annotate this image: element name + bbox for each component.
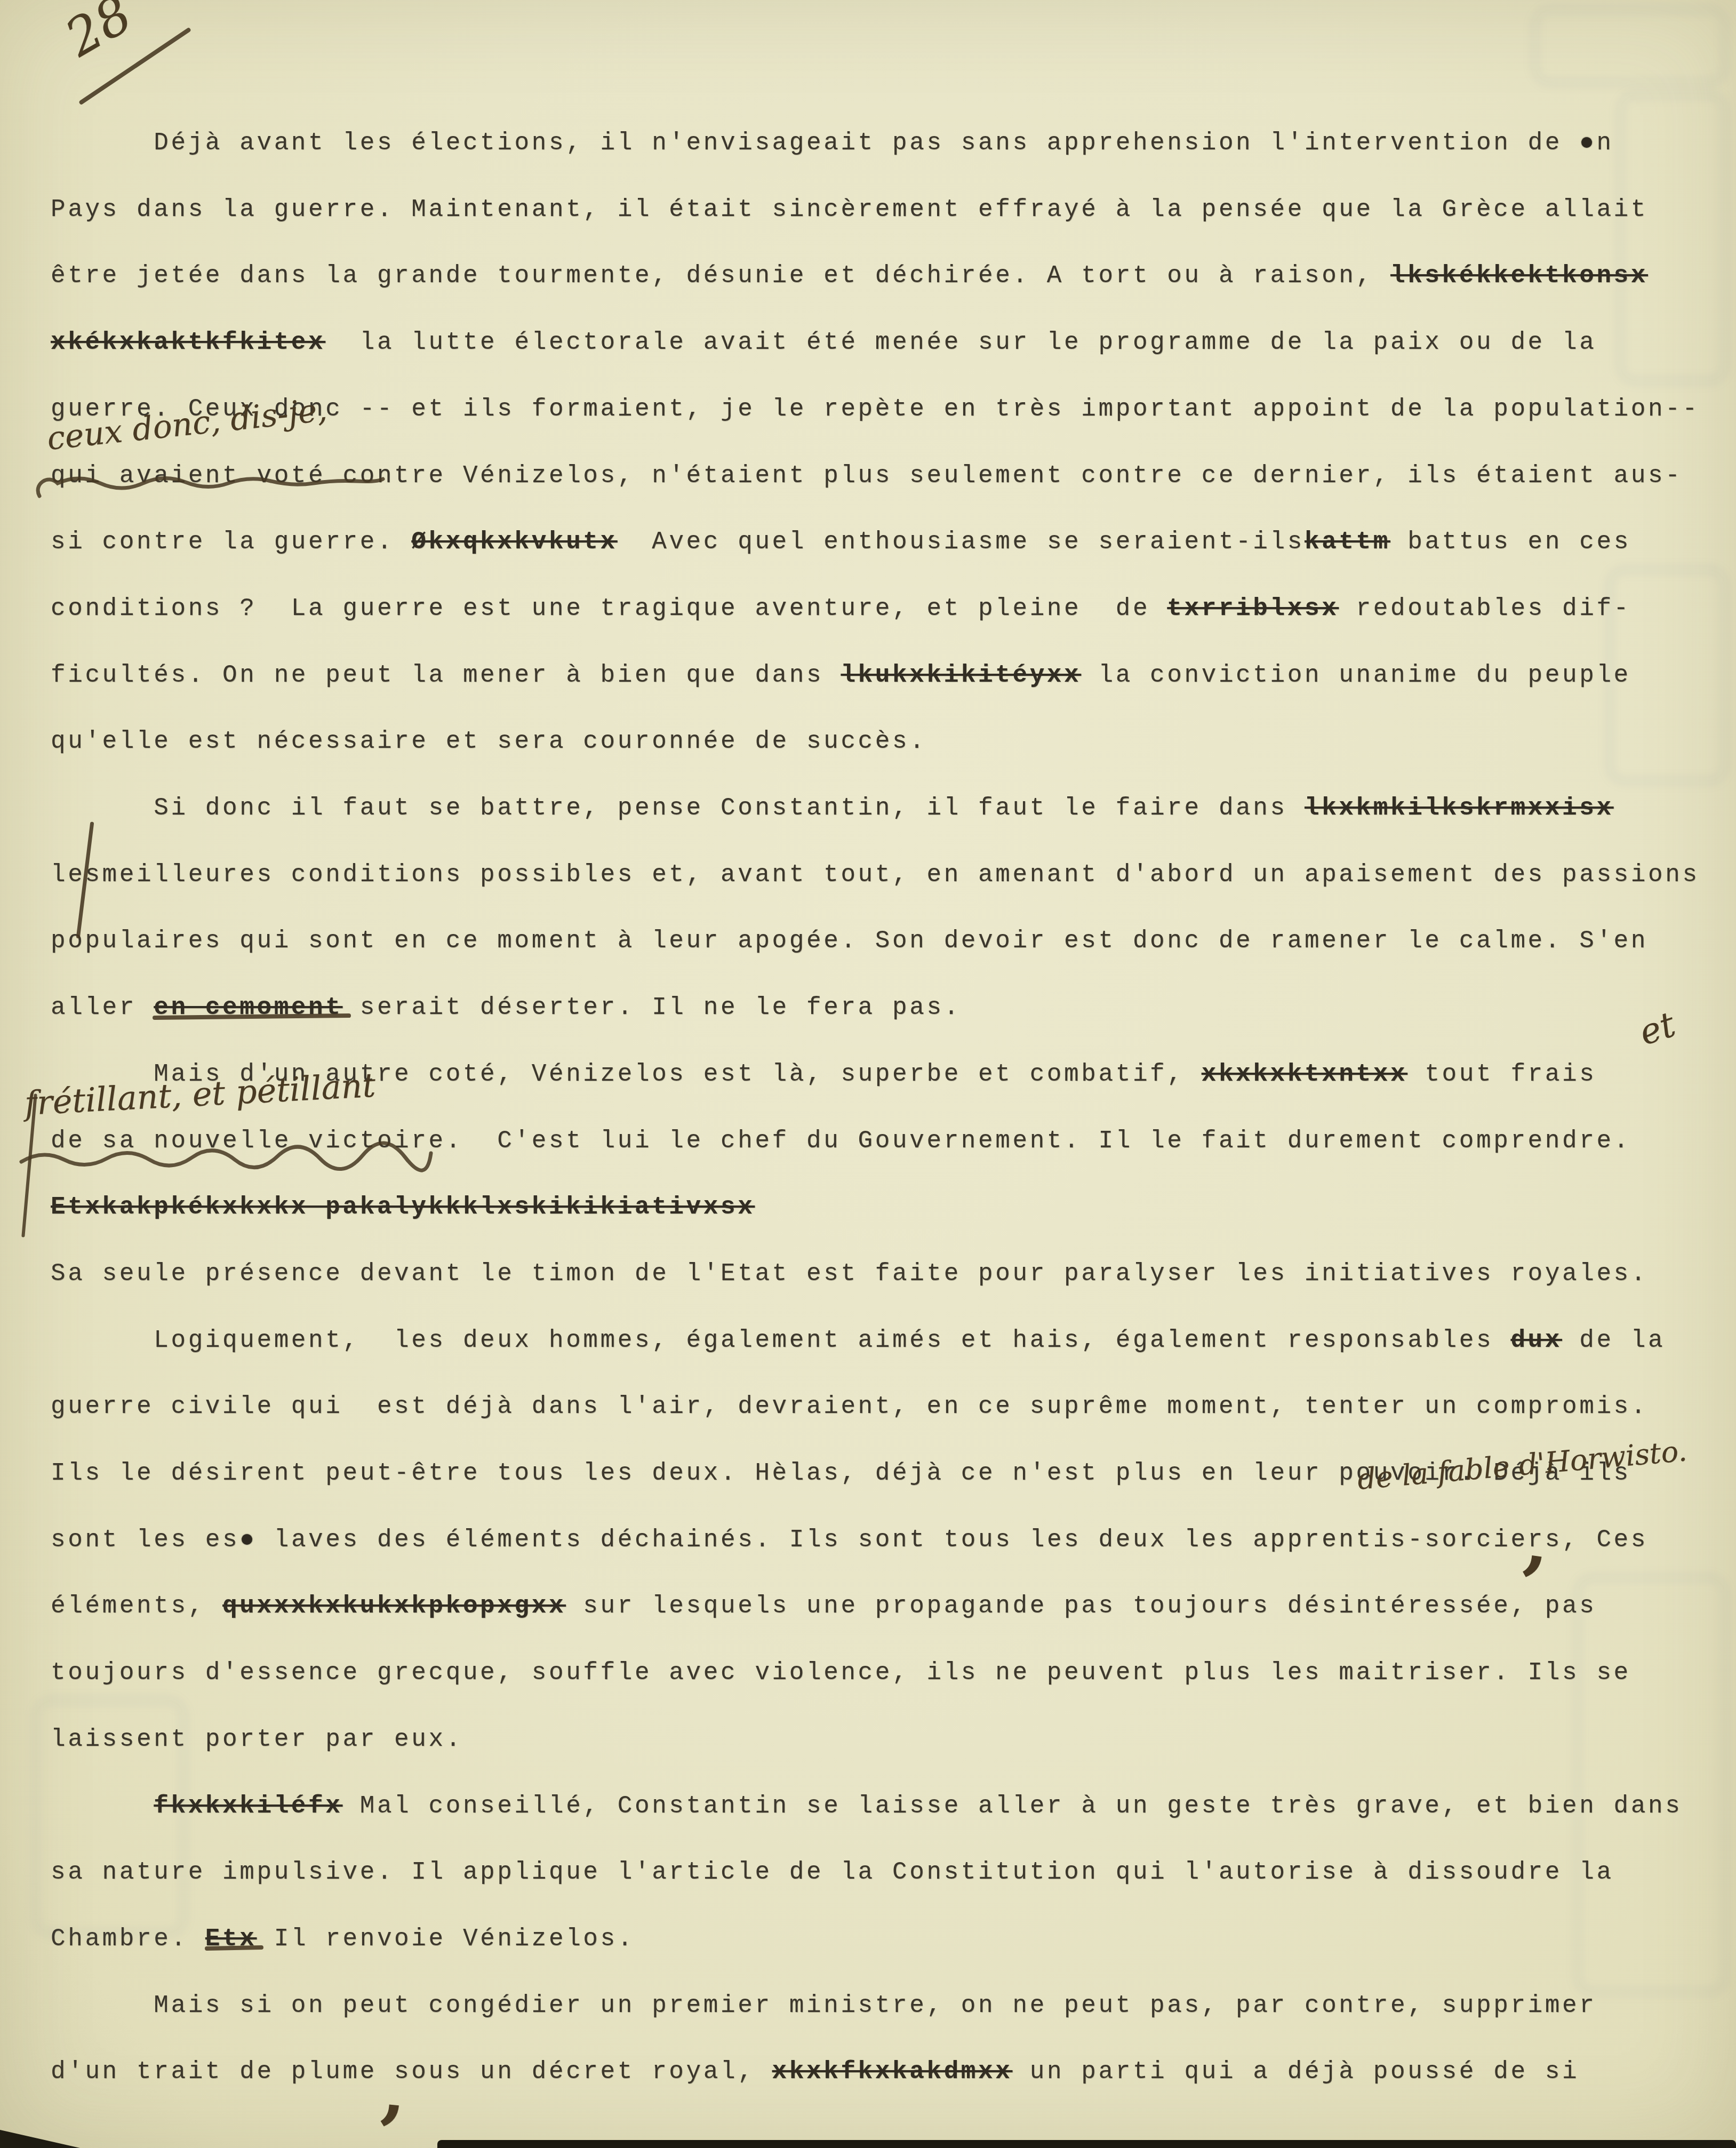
- typed-line: Si donc il faut se battre, pense Constan…: [51, 794, 1614, 822]
- typed-text: la lutte électorale avait été menée sur …: [325, 329, 1596, 356]
- typed-line: qu'elle est nécessaire et sera couronnée…: [51, 728, 926, 755]
- typed-line: d'un trait de plume sous un décret royal…: [51, 2058, 1579, 2086]
- typed-text: laissent porter par eux.: [51, 1726, 463, 1753]
- typed-line: conditions ? La guerre est une tragique …: [51, 595, 1631, 622]
- struck-overtyped-text: Etxkakpkékxkxkx pakalykkklxskikikiativxs…: [51, 1193, 755, 1221]
- typed-text: éléments,: [51, 1592, 222, 1620]
- typed-text: ficultés. On ne peut la mener à bien que…: [51, 661, 841, 689]
- document-page: Déjà avant les élections, il n'envisagea…: [0, 0, 1736, 2148]
- typed-line: Logiquement, les deux hommes, également …: [51, 1327, 1665, 1354]
- struck-overtyped-text: lkxkmkilkskrmxxisx: [1305, 794, 1614, 822]
- typed-line: Pays dans la guerre. Maintenant, il étai…: [51, 196, 1648, 223]
- typed-text: [51, 1792, 154, 1820]
- typed-text: Si donc il faut se battre, pense Constan…: [51, 794, 1305, 822]
- bleed-through-mark: [1531, 5, 1729, 86]
- struck-overtyped-text: quxxxkxkukxkpkopxgxx: [222, 1592, 566, 1620]
- typed-line: ficultés. On ne peut la mener à bien que…: [51, 661, 1631, 689]
- typed-text: Il renvoie Vénizelos.: [257, 1925, 635, 1953]
- typed-line: sa nature impulsive. Il applique l'artic…: [51, 1858, 1614, 1886]
- typed-line: Déjà avant les élections, il n'envisagea…: [51, 129, 1614, 157]
- pen-squiggle-fretillant: [19, 1143, 435, 1172]
- typed-text: la conviction unanime du peuple: [1081, 661, 1631, 689]
- struck-overtyped-text: xkékxkaktkfkitex: [51, 329, 325, 356]
- scan-edge-corner: [0, 2130, 80, 2148]
- handwritten-comma-plume: ,: [381, 2070, 409, 2113]
- typed-text: d'un trait de plume: [51, 2058, 377, 2086]
- typed-line: Sa seule présence devant le timon de l'E…: [51, 1260, 1648, 1288]
- typed-text: sous un décret royal,: [377, 2058, 772, 2086]
- typed-text: Sa seule présence devant le timon de l'E…: [51, 1260, 1648, 1288]
- struck-overtyped-text: kattm: [1305, 528, 1390, 556]
- struck-overtyped-text: Økxqkxkvkutx: [411, 528, 617, 556]
- typed-text: Mais si on peut congédier un premier min…: [51, 1992, 1596, 2019]
- ink-blot: ●: [239, 1526, 257, 1554]
- typed-line: être jetée dans la grande tourmente, dés…: [51, 262, 1648, 290]
- typed-text: tout frais: [1407, 1060, 1596, 1088]
- typed-text: qu'elle est nécessaire et sera couronnée…: [51, 728, 926, 755]
- typed-text: guerre civile qui est déjà dans l'air, d…: [51, 1393, 1648, 1420]
- struck-overtyped-text: lkukxkikitéyxx: [841, 661, 1081, 689]
- typed-text: lesmeilleures conditions possibles et, a…: [51, 861, 1700, 889]
- typed-text: de la: [1562, 1327, 1665, 1354]
- typed-text: si contre la guerre.: [51, 528, 411, 556]
- typed-line: Mais si on peut congédier un premier min…: [51, 1992, 1596, 2019]
- struck-overtyped-text: lkskékkektkonsx: [1390, 262, 1648, 290]
- typed-text: Mal conseillé, Constantin se laisse alle…: [342, 1792, 1682, 1820]
- typed-text: Pays dans la guerre. Maintenant, il étai…: [51, 196, 1648, 223]
- struck-overtyped-text: dux: [1510, 1327, 1562, 1354]
- handwritten-insert-et: et: [1634, 1003, 1680, 1053]
- struck-overtyped-text: txrriblxsx: [1167, 595, 1339, 622]
- handwritten-page-number: 28: [55, 0, 142, 68]
- struck-overtyped-text: fkxkxkiléfx: [154, 1792, 342, 1820]
- typed-line: laissent porter par eux.: [51, 1726, 463, 1753]
- typed-text: n: [1596, 129, 1613, 157]
- typed-line: xkékxkaktkfkitex la lutte électorale ava…: [51, 329, 1596, 356]
- typed-text: redoutables dif-: [1339, 595, 1630, 622]
- scan-edge-bottom: [437, 2140, 1736, 2148]
- typed-line: sont les es● laves des éléments déchainé…: [51, 1526, 1648, 1554]
- typed-text: Logiquement, les deux hommes, également …: [51, 1327, 1510, 1354]
- pen-squiggle-underline: [36, 469, 388, 501]
- typed-text: un parti qui a déjà poussé de si: [1012, 2058, 1579, 2086]
- typed-line: lesmeilleures conditions possibles et, a…: [51, 861, 1700, 889]
- handwritten-comma-sorciers: ,: [1523, 1521, 1553, 1566]
- typed-text: être jetée dans la grande tourmente, dés…: [51, 262, 1390, 290]
- struck-overtyped-text: xkxkxktxntxx: [1202, 1060, 1407, 1088]
- typed-line: populaires qui sont en ce moment à leur …: [51, 927, 1648, 955]
- typed-text: conditions ? La guerre est une tragique …: [51, 595, 1167, 622]
- typed-text: Avec quel enthousiasme se seraient-ils: [618, 528, 1305, 556]
- typed-text: laves des éléments déchainés. Ils sont t…: [257, 1526, 1648, 1554]
- typed-text: sont les es: [51, 1526, 239, 1554]
- bleed-through-mark: [1616, 91, 1729, 385]
- typed-line: toujours d'essence grecque, souffle avec…: [51, 1659, 1631, 1687]
- typed-text: Chambre.: [51, 1925, 205, 1953]
- bleed-through-mark: [1573, 1574, 1729, 1996]
- typed-text: sa nature impulsive. Il applique l'artic…: [51, 1858, 1614, 1886]
- typed-line: Etxkakpkékxkxkx pakalykkklxskikikiativxs…: [51, 1193, 755, 1221]
- typed-text: toujours d'essence grecque, souffle avec…: [51, 1659, 1631, 1687]
- typed-text: serait déserter. Il ne le fera pas.: [342, 994, 961, 1021]
- typed-line: si contre la guerre. Økxqkxkvkutx Avec q…: [51, 528, 1631, 556]
- typed-line: Chambre. Etx Il renvoie Vénizelos.: [51, 1925, 635, 1953]
- typed-text: aller: [51, 994, 154, 1021]
- ink-blot: ●: [1579, 129, 1596, 157]
- typed-text: populaires qui sont en ce moment à leur …: [51, 927, 1648, 955]
- typed-text: battus en ces: [1390, 528, 1631, 556]
- typed-text: Déjà avant les élections, il n'envisagea…: [51, 129, 1579, 157]
- typed-line: fkxkxkiléfx Mal conseillé, Constantin se…: [51, 1792, 1682, 1820]
- typed-text: sur lesquels une propagande pas toujours…: [566, 1592, 1596, 1620]
- struck-overtyped-text: xkxkfkxkakdmxx: [772, 2058, 1013, 2086]
- typed-line: guerre civile qui est déjà dans l'air, d…: [51, 1393, 1648, 1420]
- typed-line: éléments, quxxxkxkukxkpkopxgxx sur lesqu…: [51, 1592, 1596, 1620]
